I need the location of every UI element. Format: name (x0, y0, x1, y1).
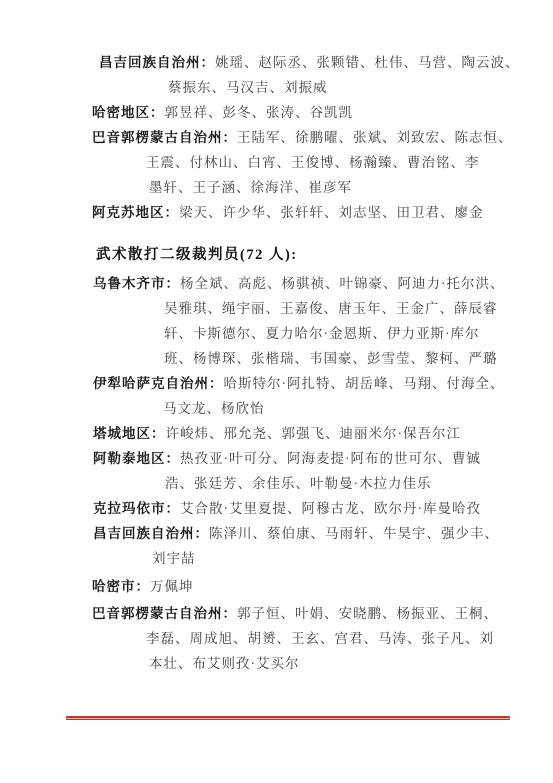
document-line: 昌吉回族自治州：陈泽川、蔡伯康、马雨轩、牛昊宇、强少丰、 (93, 521, 553, 546)
region-label: 巴音郭楞蒙古自治州： (92, 130, 237, 145)
document-line: 墨轩、王子涵、徐海洋、崔彦军 (149, 175, 553, 200)
names-text: 轩、卡斯德尔、夏力哈尔·金恩斯、伊力亚斯·库尔 (164, 326, 480, 341)
document-line: 克拉玛依市：艾合散·艾里夏提、阿穆古龙、欧尔丹·库曼哈孜 (93, 496, 553, 521)
region-label: 巴音郭楞蒙古自治州： (92, 606, 237, 621)
names-text: 艾合散·艾里夏提、阿穆古龙、欧尔丹·库曼哈孜 (180, 501, 481, 516)
names-text: 王震、付林山、白宵、王俊博、杨瀚臻、曹治铭、李 (146, 155, 480, 170)
names-text: 浩、张廷芳、余佳乐、叶勒曼·木拉力佳乐 (165, 476, 432, 491)
region-label: 阿勒泰地区： (93, 451, 180, 466)
document-line: 刘宇喆 (152, 546, 553, 571)
document-line: 王震、付林山、白宵、王俊博、杨瀚臻、曹治铭、李 (146, 150, 553, 175)
heading-text: 武术散打二级裁判员(72 人): (96, 247, 298, 263)
names-text: 哈斯特尔·阿扎特、胡岳峰、马翔、付海全、 (224, 376, 505, 391)
document-line: 浩、张廷芳、余佳乐、叶勒曼·木拉力佳乐 (165, 471, 553, 496)
names-text: 班、杨博琛、张楷瑞、韦国豪、彭雪莹、黎柯、严璐 (164, 351, 498, 366)
document-line: 班、杨博琛、张楷瑞、韦国豪、彭雪莹、黎柯、严璐 (164, 346, 553, 371)
names-text: 热孜亚·叶可分、阿海麦提·阿布的世可尔、曹铖 (180, 451, 481, 466)
section-heading: 武术散打二级裁判员(72 人): (96, 242, 553, 267)
names-text: 王陆军、徐鹏曜、张斌、刘致宏、陈志恒、 (237, 130, 513, 145)
region-label: 伊犁哈萨克自治州： (93, 376, 224, 391)
document-line: 吴雅琪、绳宇丽、王嘉俊、唐玉年、王金广、薛辰睿 (164, 296, 553, 321)
document-line: 乌鲁木齐市：杨全斌、高彪、杨骐祯、叶锦豪、阿迪力·托尔洪、 (93, 271, 553, 296)
names-text: 万佩坤 (150, 579, 194, 594)
document-line: 塔城地区：许峻炜、邢允尧、郭强飞、迪丽米尔·保吾尔江 (93, 421, 553, 446)
region-label: 哈密地区： (92, 105, 165, 120)
region-label: 乌鲁木齐市： (93, 276, 180, 291)
names-text: 刘宇喆 (152, 551, 196, 566)
document-line: 阿勒泰地区：热孜亚·叶可分、阿海麦提·阿布的世可尔、曹铖 (93, 446, 553, 471)
names-text: 郭昱祥、彭冬、张涛、谷凯凯 (165, 105, 354, 120)
document-line: 轩、卡斯德尔、夏力哈尔·金恩斯、伊力亚斯·库尔 (164, 321, 553, 346)
names-text: 吴雅琪、绳宇丽、王嘉俊、唐玉年、王金广、薛辰睿 (164, 301, 498, 316)
document-line: 李磊、周成旭、胡赟、王玄、宫君、马涛、张子凡、刘 (146, 626, 553, 651)
document-line: 巴音郭楞蒙古自治州：郭子恒、叶娟、安晓鹏、杨振亚、王桐、 (92, 601, 553, 626)
footer-rule (66, 716, 510, 720)
names-text: 杨全斌、高彪、杨骐祯、叶锦豪、阿迪力·托尔洪、 (180, 276, 505, 291)
document-content: 昌吉回族自治州：姚瑶、赵际丞、张颗错、杜伟、马营、陶云波、蔡振东、马汉吉、刘振威… (0, 0, 553, 676)
document-page: 昌吉回族自治州：姚瑶、赵际丞、张颗错、杜伟、马营、陶云波、蔡振东、马汉吉、刘振威… (0, 0, 553, 783)
names-text: 陈泽川、蔡伯康、马雨轩、牛昊宇、强少丰、 (209, 526, 499, 541)
names-text: 本壮、布艾则孜·艾买尔 (149, 656, 300, 671)
names-text: 梁天、许少华、张轩轩、刘志坚、田卫君、廖金 (179, 205, 484, 220)
names-text: 许峻炜、邢允尧、郭强飞、迪丽米尔·保吾尔江 (166, 426, 462, 441)
document-line: 巴音郭楞蒙古自治州：王陆军、徐鹏曜、张斌、刘致宏、陈志恒、 (92, 125, 553, 150)
document-line: 阿克苏地区：梁天、许少华、张轩轩、刘志坚、田卫君、廖金 (92, 200, 553, 225)
names-text: 姚瑶、赵际丞、张颗错、杜伟、马营、陶云波、 (215, 55, 520, 70)
region-label: 哈密市： (92, 579, 150, 594)
names-text: 蔡振东、马汉吉、刘振威 (168, 80, 328, 95)
region-label: 塔城地区： (93, 426, 166, 441)
region-label: 阿克苏地区： (92, 205, 179, 220)
names-text: 墨轩、王子涵、徐海洋、崔彦军 (149, 180, 352, 195)
document-line: 本壮、布艾则孜·艾买尔 (149, 651, 553, 676)
region-label: 昌吉回族自治州： (93, 526, 209, 541)
names-text: 郭子恒、叶娟、安晓鹏、杨振亚、王桐、 (237, 606, 498, 621)
names-text: 李磊、周成旭、胡赟、王玄、宫君、马涛、张子凡、刘 (146, 631, 494, 646)
document-line: 伊犁哈萨克自治州：哈斯特尔·阿扎特、胡岳峰、马翔、付海全、 (93, 371, 553, 396)
region-label: 昌吉回族自治州： (99, 55, 215, 70)
document-line: 哈密地区：郭昱祥、彭冬、张涛、谷凯凯 (92, 100, 553, 125)
document-line: 哈密市：万佩坤 (92, 574, 553, 599)
names-text: 马文龙、杨欣怡 (163, 401, 265, 416)
document-line: 蔡振东、马汉吉、刘振威 (168, 75, 553, 100)
region-label: 克拉玛依市： (93, 501, 180, 516)
document-line: 马文龙、杨欣怡 (163, 396, 553, 421)
document-line: 昌吉回族自治州：姚瑶、赵际丞、张颗错、杜伟、马营、陶云波、 (99, 50, 553, 75)
